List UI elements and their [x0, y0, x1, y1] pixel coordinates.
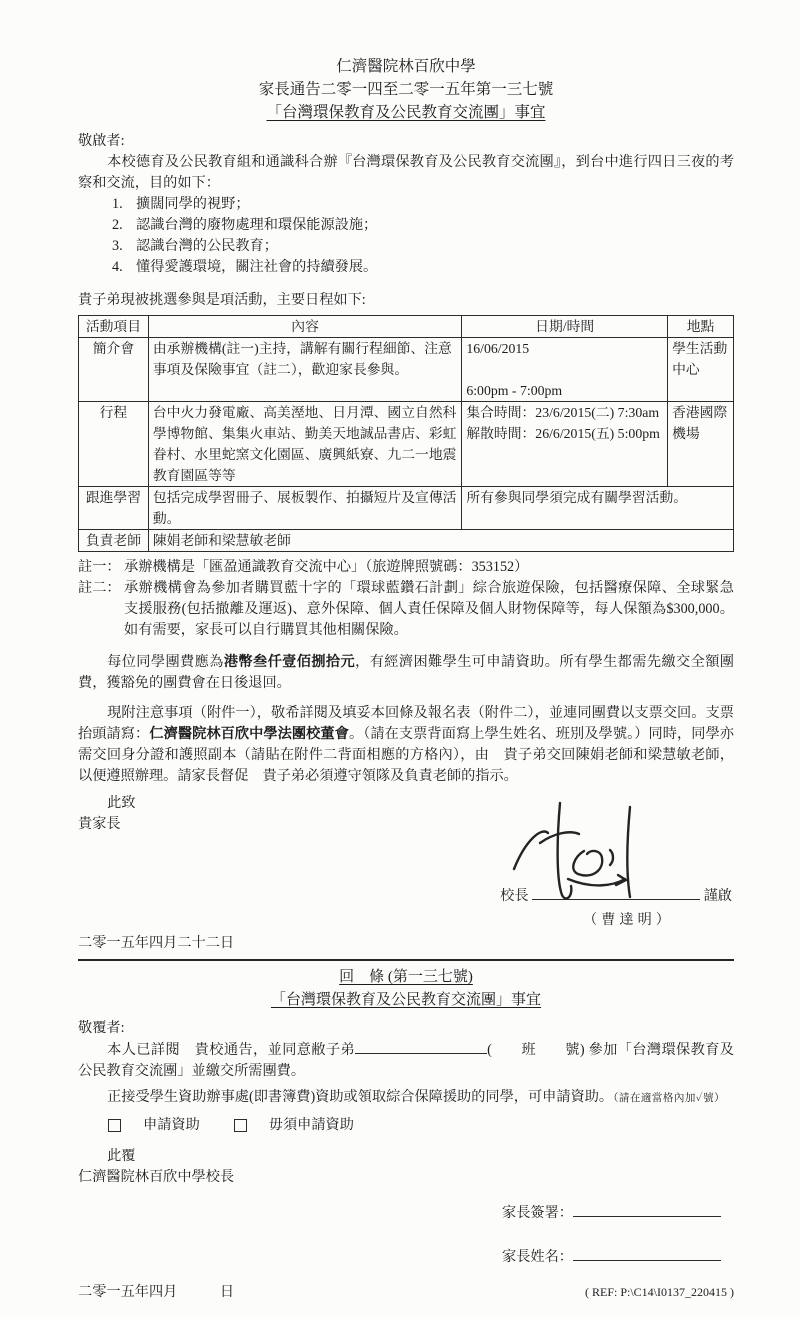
- footnote-2-text: 承辦機構會為參加者購買藍十字的「環球藍鑽石計劃」綜合旅遊保險，包括醫療保障、全球…: [124, 578, 734, 641]
- footnote-1: 註一： 承辦機構是「匯盈通識教育交流中心」（旅遊牌照號碼：353152）: [78, 557, 734, 578]
- no-subsidy-label: 毋須申請資助: [269, 1115, 354, 1136]
- goal-number: 4.: [112, 257, 136, 278]
- apply-subsidy-checkbox[interactable]: [108, 1119, 121, 1132]
- apply-subsidy-label: 申請資助: [143, 1115, 200, 1136]
- parent-name-label: 家長姓名：: [502, 1249, 573, 1265]
- followup-note: 所有參與同學須完成有關學習活動。: [462, 487, 734, 530]
- table-row: 跟進學習 包括完成學習冊子、展板製作、拍攝短片及宣傳活動。 所有參與同學須完成有…: [79, 487, 734, 530]
- cifu: 此覆: [78, 1146, 734, 1167]
- reply-body: 本人已詳閱 貴校通告，並同意敝子弟( 班 號) 參加「台灣環保教育及公民教育交流…: [78, 1039, 734, 1082]
- footnote-2: 註二： 承辦機構會為參加者購買藍十字的「環球藍鑽石計劃」綜合旅遊保險，包括醫療保…: [78, 578, 734, 641]
- goal-number: 3.: [112, 236, 136, 257]
- footnote-1-label: 註一：: [78, 557, 124, 578]
- itinerary-datetime: 集合時間：23/6/2015(二) 7:30am 解散時間：26/6/2015(…: [462, 402, 668, 487]
- signature-area: 校長 謹啟 （曹達明）: [78, 835, 734, 931]
- reply-footer: 二零一五年四月 日 ( REF: P:\C14\I0137_220415 ): [78, 1282, 734, 1303]
- no-subsidy-checkbox[interactable]: [234, 1119, 247, 1132]
- goal-number: 2.: [112, 215, 136, 236]
- itinerary-location: 香港國際機場: [668, 402, 734, 487]
- cheque-payee: 仁濟醫院林百欣中學法團校董會: [149, 726, 349, 742]
- intro-paragraph: 本校德育及公民教育組和通識科合辦『台灣環保教育及公民教育交流團』，到台中進行四日…: [78, 152, 734, 194]
- cheque-paragraph: 現附注意事項（附件一），敬希詳閱及填妥本回條及報名表（附件二），並連同團費以支票…: [78, 703, 734, 787]
- col-header-location: 地點: [668, 316, 734, 338]
- fee-amount: 港幣叁仟壹佰捌拾元: [224, 654, 355, 670]
- activity-briefing: 簡介會: [79, 338, 149, 402]
- student-name-blank[interactable]: [355, 1039, 487, 1054]
- notice-number: 家長通告二零一四至二零一五年第一三七號: [78, 79, 734, 100]
- teachers-names: 陳娟老師和梁慧敏老師: [148, 530, 733, 552]
- principal-name: （曹達明）: [583, 910, 674, 931]
- footnotes: 註一： 承辦機構是「匯盈通識教育交流中心」（旅遊牌照號碼：353152） 註二：…: [78, 557, 734, 641]
- goal-text: 認識台灣的廢物處理和環保能源設施；: [136, 215, 377, 236]
- schedule-table: 活動項目 內容 日期/時間 地點 簡介會 由承辦機構(註一)主持，講解有關行程細…: [78, 315, 734, 552]
- parent-signature-blank[interactable]: [573, 1202, 721, 1217]
- reply-salutation: 敬覆者:: [78, 1018, 734, 1039]
- goal-item: 1. 擴闊同學的視野；: [112, 194, 734, 215]
- parent-sign-block: 家長簽署： 家長姓名：: [502, 1202, 734, 1268]
- subsidy-text: 正接受學生資助辦事處(即書簿費)資助或領取綜合保障援助的同學，可申請資助。: [107, 1089, 613, 1105]
- table-row: 行程 台中火力發電廠、高美溼地、日月潭、國立自然科學博物館、集集火車站、勤美天地…: [79, 402, 734, 487]
- respectfully-label: 謹啟: [704, 888, 732, 904]
- reply-addressee: 仁濟醫院林百欣中學校長: [78, 1167, 734, 1188]
- followup-content: 包括完成學習冊子、展板製作、拍攝短片及宣傳活動。: [148, 487, 461, 530]
- goal-number: 1.: [112, 194, 136, 215]
- reply-slip-title: 回 條 (第一三七號): [78, 967, 734, 988]
- itinerary-content: 台中火力發電廠、高美溼地、日月潭、國立自然科學博物館、集集火車站、勤美天地誠品書…: [148, 402, 461, 487]
- activity-itinerary: 行程: [79, 402, 149, 487]
- table-row: 負責老師 陳娟老師和梁慧敏老師: [79, 530, 734, 552]
- dismiss-time: 解散時間：26/6/2015(五) 5:00pm: [466, 423, 663, 444]
- subsidy-options: 申請資助 毋須申請資助: [108, 1115, 734, 1136]
- activity-teachers: 負責老師: [79, 530, 149, 552]
- goal-text: 懂得愛護環境，關注社會的持續發展。: [136, 257, 377, 278]
- briefing-datetime: 16/06/2015 6:00pm - 7:00pm: [462, 338, 668, 402]
- briefing-date: 16/06/2015: [466, 338, 663, 359]
- goal-text: 認識台灣的公民教育；: [136, 236, 278, 257]
- parent-name-blank[interactable]: [573, 1246, 721, 1261]
- table-row: 簡介會 由承辦機構(註一)主持，講解有關行程細節、注意事項及保險事宜（註二），歡…: [79, 338, 734, 402]
- school-name: 仁濟醫院林百欣中學: [78, 56, 734, 77]
- goal-item: 3. 認識台灣的公民教育；: [112, 236, 734, 257]
- goals-list: 1. 擴闊同學的視野； 2. 認識台灣的廢物處理和環保能源設施； 3. 認識台灣…: [112, 194, 734, 278]
- briefing-location: 學生活動中心: [668, 338, 734, 402]
- notice-date: 二零一五年四月二十二日: [78, 933, 734, 954]
- subsidy-line: 正接受學生資助辦事處(即書簿費)資助或領取綜合保障援助的同學，可申請資助。（請在…: [78, 1087, 734, 1109]
- col-header-content: 內容: [148, 316, 461, 338]
- col-header-activity: 活動項目: [79, 316, 149, 338]
- notice-subject: 「台灣環保教育及公民教育交流團」事宜: [78, 102, 734, 123]
- fee-paragraph: 每位同學團費應為港幣叁仟壹佰捌拾元，有經濟困難學生可申請資助。所有學生都需先繳交…: [78, 652, 734, 694]
- subsidy-tick-hint: （請在適當格內加✓號）: [613, 1093, 725, 1104]
- parent-signature-label: 家長簽署：: [502, 1205, 573, 1221]
- goal-item: 2. 認識台灣的廢物處理和環保能源設施；: [112, 215, 734, 236]
- notice-content: 仁濟醫院林百欣中學 家長通告二零一四至二零一五年第一三七號 「台灣環保教育及公民…: [0, 0, 800, 1303]
- parent-name-row: 家長姓名：: [502, 1246, 734, 1268]
- reply-date-blank: 二零一五年四月 日: [78, 1282, 234, 1303]
- goal-text: 擴闊同學的視野；: [136, 194, 250, 215]
- gather-time: 集合時間：23/6/2015(二) 7:30am: [466, 402, 663, 423]
- reply-slip-subject: 「台灣環保教育及公民教育交流團」事宜: [78, 990, 734, 1011]
- fee-pre: 每位同學團費應為: [107, 654, 224, 670]
- schedule-intro: 貴子弟現被挑選參與是項活動，主要日程如下:: [78, 290, 734, 311]
- goal-item: 4. 懂得愛護環境，關注社會的持續發展。: [112, 257, 734, 278]
- footnote-1-text: 承辦機構是「匯盈通識教育交流中心」（旅遊牌照號碼：353152）: [124, 557, 734, 578]
- file-reference: ( REF: P:\C14\I0137_220415 ): [585, 1282, 734, 1303]
- briefing-content: 由承辦機構(註一)主持，講解有關行程細節、注意事項及保險事宜（註二），歡迎家長參…: [148, 338, 461, 402]
- col-header-datetime: 日期/時間: [462, 316, 668, 338]
- tear-off-divider: [78, 959, 734, 961]
- principal-signature-scrawl: [494, 795, 676, 913]
- table-header-row: 活動項目 內容 日期/時間 地點: [79, 316, 734, 338]
- scanned-notice-page: 仁濟醫院林百欣中學 家長通告二零一四至二零一五年第一三七號 「台灣環保教育及公民…: [0, 0, 800, 1319]
- salutation: 敬啟者:: [78, 131, 734, 152]
- parent-signature-row: 家長簽署：: [502, 1202, 734, 1224]
- reply-body-pre: 本人已詳閱 貴校通告，並同意敝子弟: [107, 1042, 355, 1058]
- briefing-time: 6:00pm - 7:00pm: [466, 380, 663, 401]
- activity-followup: 跟進學習: [79, 487, 149, 530]
- footnote-2-label: 註二：: [78, 578, 124, 641]
